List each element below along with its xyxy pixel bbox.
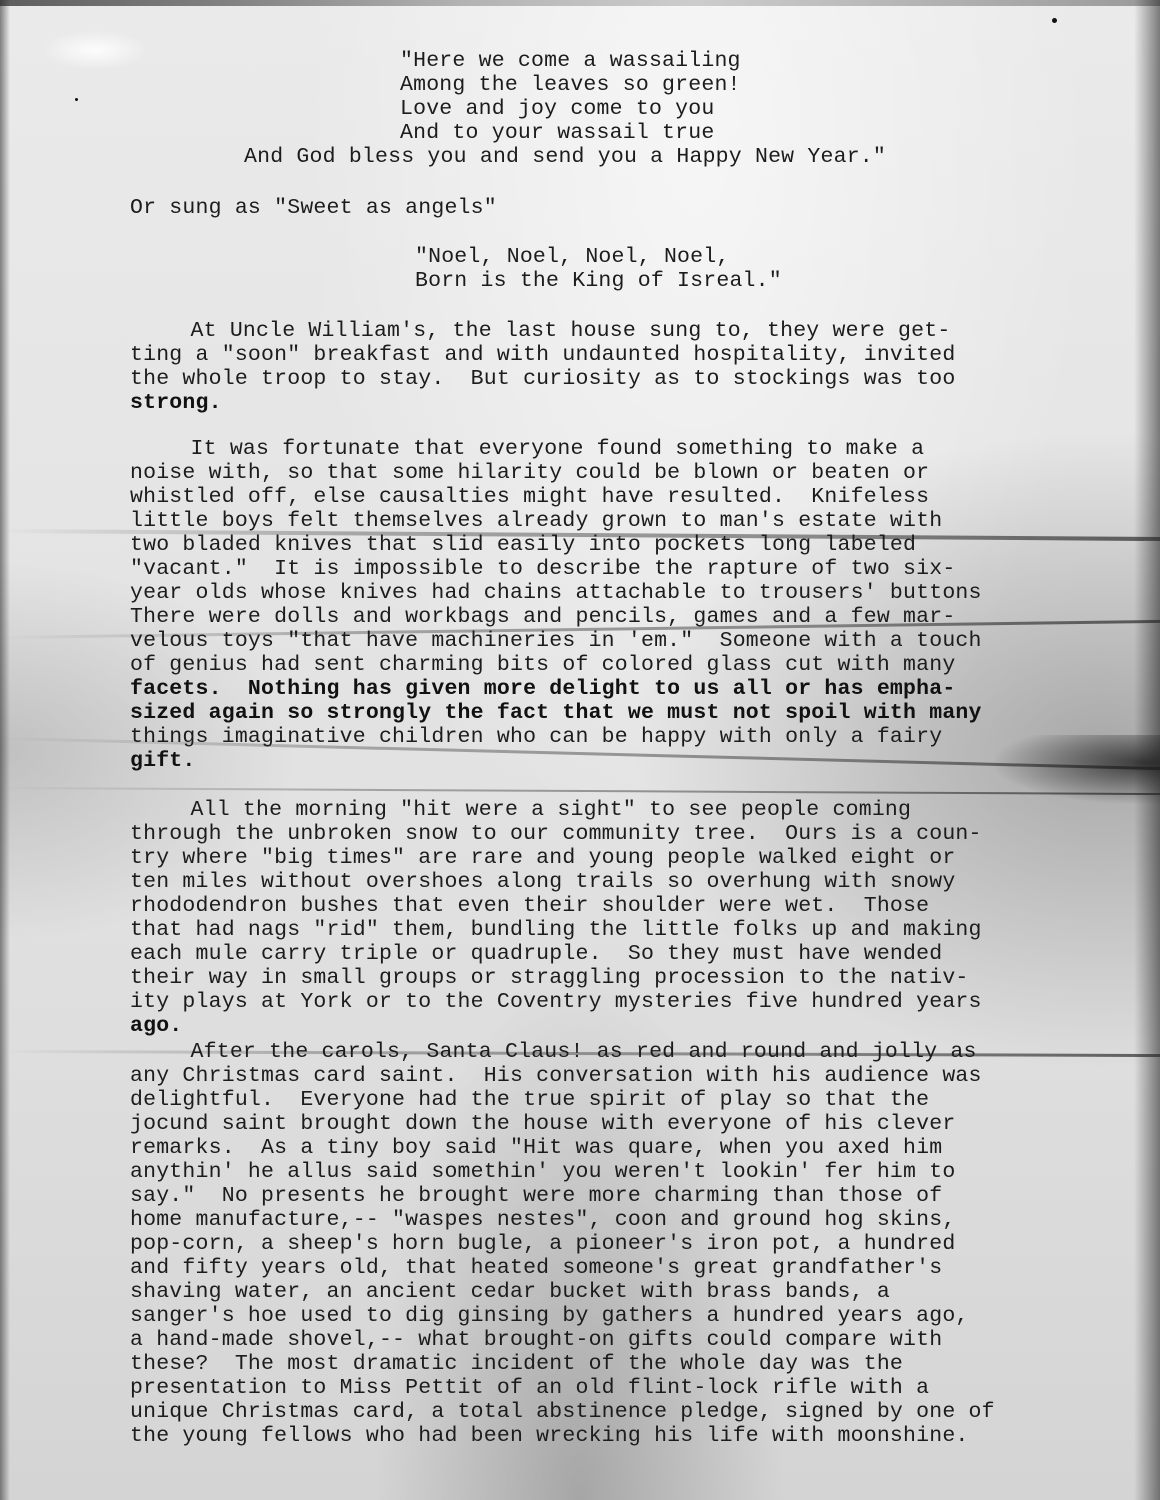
poem1-line: Among the leaves so green!: [400, 73, 741, 97]
paper-stain: [990, 735, 1160, 805]
paper-edge-left: [0, 0, 10, 1500]
paragraph-line: ity plays at York or to the Coventry mys…: [130, 990, 982, 1014]
poem1-line: Love and joy come to you: [400, 97, 714, 121]
poem2-line: Born is the King of Isreal.": [415, 269, 782, 293]
paragraph-line: delightful. Everyone had the true spirit…: [130, 1088, 929, 1112]
poem1-line: "Here we come a wassailing: [400, 49, 741, 73]
paragraph-line: rhododendron bushes that even their shou…: [130, 894, 929, 918]
paragraph-line: the young fellows who had been wrecking …: [130, 1424, 969, 1448]
paragraph-line: unique Christmas card, a total abstinenc…: [130, 1400, 995, 1424]
paper-tear-mark: [40, 30, 150, 70]
paragraph-line: There were dolls and workbags and pencil…: [130, 605, 955, 629]
poem1-line: And God bless you and send you a Happy N…: [244, 145, 886, 169]
intro-line: Or sung as "Sweet as angels": [130, 196, 497, 220]
paragraph-line: At Uncle William's, the last house sung …: [125, 319, 950, 343]
paragraph-line: ting a "soon" breakfast and with undaunt…: [130, 343, 955, 367]
paragraph-line: ago.: [130, 1014, 182, 1038]
paragraph-line: through the unbroken snow to our communi…: [130, 822, 982, 846]
paragraph-line: shaving water, an ancient cedar bucket w…: [130, 1280, 890, 1304]
paragraph-line: It was fortunate that everyone found som…: [125, 437, 924, 461]
paragraph-line: anythin' he allus said somethin' you wer…: [130, 1160, 955, 1184]
paragraph-line: ten miles without overshoes along trails…: [130, 870, 955, 894]
paragraph-line: two bladed knives that slid easily into …: [130, 533, 916, 557]
paragraph-line: home manufacture,-- "waspes nestes", coo…: [130, 1208, 955, 1232]
paragraph-line: a hand-made shovel,-- what brought-on gi…: [130, 1328, 942, 1352]
document-page: "Here we come a wassailing Among the lea…: [0, 0, 1160, 1500]
paragraph-line: these? The most dramatic incident of the…: [130, 1352, 903, 1376]
paragraph-line: of genius had sent charming bits of colo…: [130, 653, 955, 677]
paragraph-line: velous toys "that have machineries in 'e…: [130, 629, 982, 653]
paragraph-line: sanger's hoe used to dig ginsing by gath…: [130, 1304, 969, 1328]
paragraph-line: noise with, so that some hilarity could …: [130, 461, 929, 485]
paragraph-line: After the carols, Santa Claus! as red an…: [125, 1040, 977, 1064]
paragraph-line: try where "big times" are rare and young…: [130, 846, 955, 870]
paragraph-line: facets. Nothing has given more delight t…: [130, 677, 955, 701]
paragraph-line: whistled off, else causalties might have…: [130, 485, 929, 509]
paragraph-line: things imaginative children who can be h…: [130, 725, 942, 749]
paper-crease: [0, 787, 1160, 795]
paragraph-line: and fifty years old, that heated someone…: [130, 1256, 942, 1280]
paragraph-line: gift.: [130, 749, 196, 773]
paragraph-line: "vacant." It is impossible to describe t…: [130, 557, 955, 581]
paragraph-line: any Christmas card saint. His conversati…: [130, 1064, 982, 1088]
paragraph-line: year olds whose knives had chains attach…: [130, 581, 982, 605]
paragraph-line: jocund saint brought down the house with…: [130, 1112, 955, 1136]
ink-speck: [1052, 18, 1057, 23]
paragraph-line: remarks. As a tiny boy said "Hit was qua…: [130, 1136, 942, 1160]
paragraph-line: All the morning "hit were a sight" to se…: [125, 798, 911, 822]
paragraph-line: strong.: [130, 391, 222, 415]
paragraph-line: their way in small groups or straggling …: [130, 966, 969, 990]
paragraph-line: sized again so strongly the fact that we…: [130, 701, 982, 725]
poem1-line: And to your wassail true: [400, 121, 714, 145]
paragraph-line: pop-corn, a sheep's horn bugle, a pionee…: [130, 1232, 955, 1256]
ink-speck: [75, 98, 78, 101]
paragraph-line: presentation to Miss Pettit of an old fl…: [130, 1376, 929, 1400]
paper-edge-top: [0, 0, 1160, 6]
paragraph-line: the whole troop to stay. But curiosity a…: [130, 367, 955, 391]
poem2-line: "Noel, Noel, Noel, Noel,: [415, 245, 729, 269]
paragraph-line: each mule carry triple or quadruple. So …: [130, 942, 942, 966]
paragraph-line: that had nags "rid" them, bundling the l…: [130, 918, 982, 942]
paragraph-line: say." No presents he brought were more c…: [130, 1184, 942, 1208]
paragraph-line: little boys felt themselves already grow…: [130, 509, 942, 533]
